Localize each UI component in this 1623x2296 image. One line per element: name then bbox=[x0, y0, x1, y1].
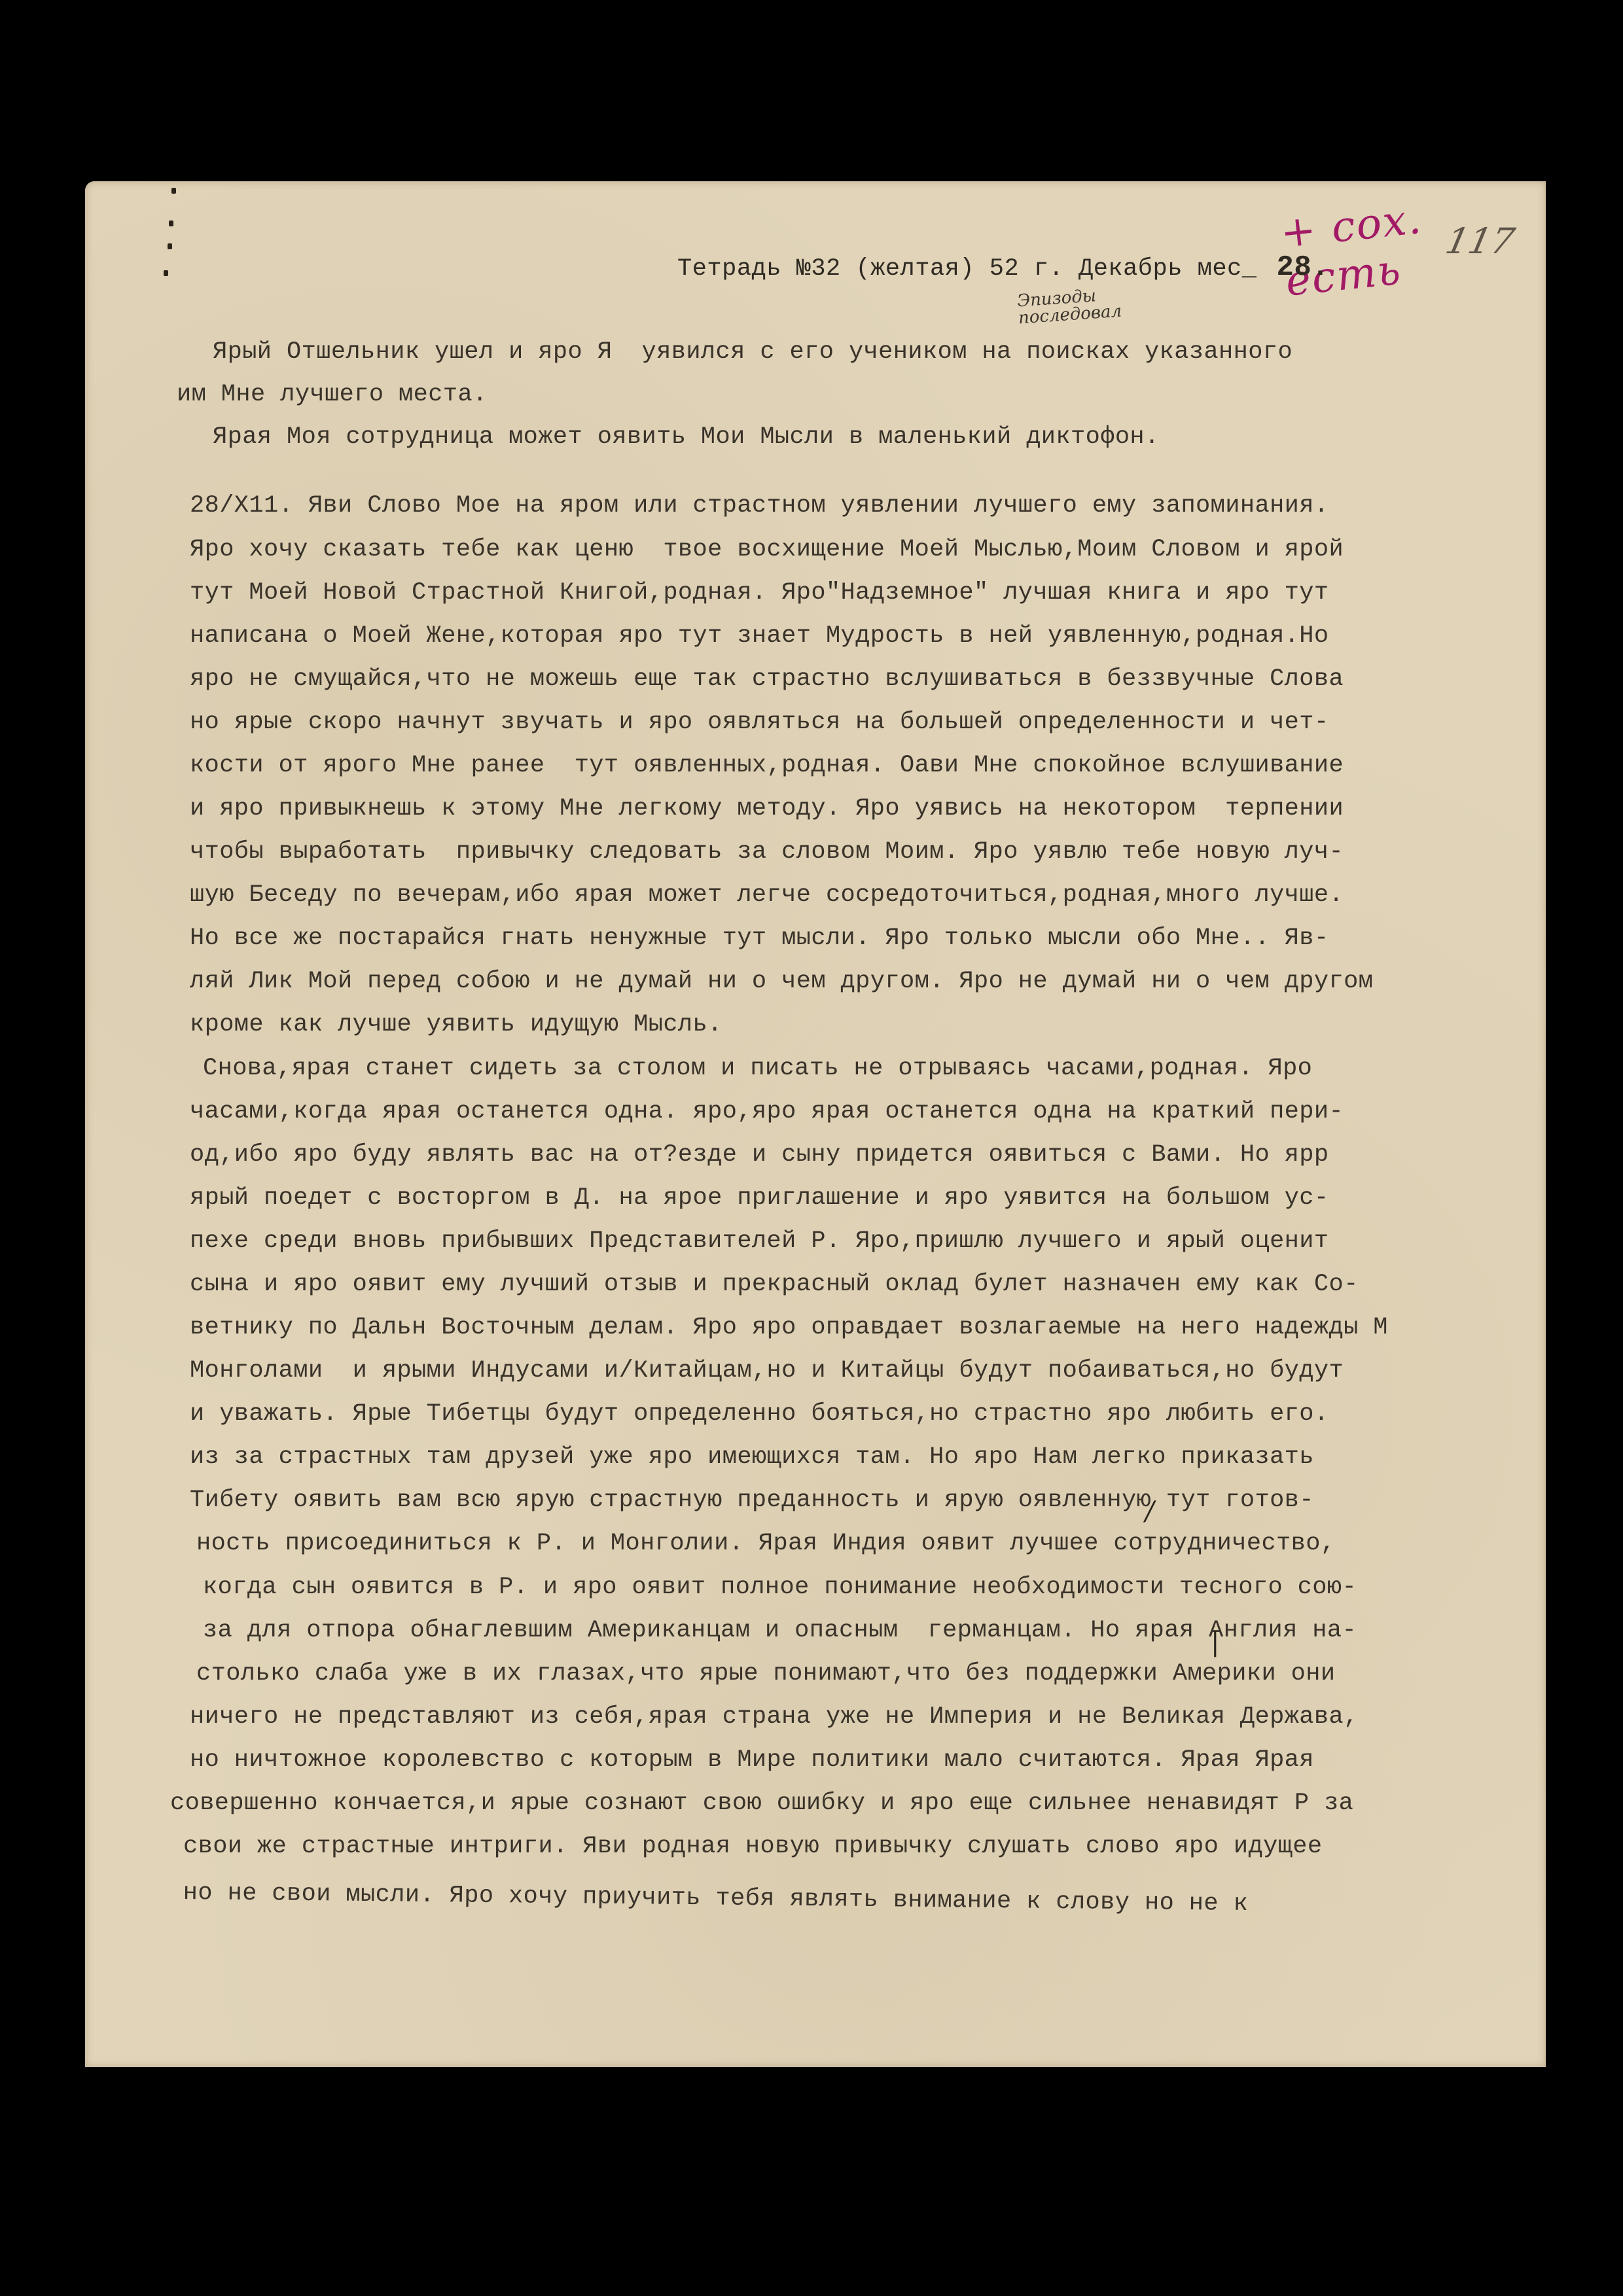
text-line: кроме как лучше уявить идущую Мысль. bbox=[190, 1011, 722, 1038]
text-line: кости от ярого Мне ранее тут оявленных,р… bbox=[190, 752, 1344, 779]
text-line: шую Беседу по вечерам,ибо ярая может лег… bbox=[190, 881, 1344, 909]
document-page: + сох. есть 117 Тетрадь №32 (желтая) 52 … bbox=[85, 181, 1546, 2067]
text-line: Яро хочу сказать тебе как ценю твое восх… bbox=[190, 536, 1344, 563]
text-line: написана о Моей Жене,которая яро тут зна… bbox=[190, 622, 1329, 650]
handwritten-correction-mark: / bbox=[1145, 1496, 1154, 1527]
page-marker: 28. bbox=[1276, 251, 1329, 284]
text-line: Снова,ярая станет сидеть за столом и пис… bbox=[203, 1055, 1312, 1082]
text-line: яро не смущайся,что не можешь еще так ст… bbox=[190, 665, 1344, 693]
text-line: сына и яро оявит ему лучший отзыв и прек… bbox=[190, 1271, 1359, 1298]
header-title: Тетрадь №32 (желтая) 52 г. Декабрь мес_ bbox=[677, 255, 1257, 283]
text-line: столько слаба уже в их глазах,что ярые п… bbox=[196, 1660, 1335, 1687]
text-line: им Мне лучшего места. bbox=[177, 381, 488, 408]
text-line: ветнику по Дальн Восточным делам. Яро яр… bbox=[190, 1314, 1388, 1341]
interlinear-handwritten-note: Эпизоды последовал bbox=[1016, 286, 1122, 327]
text-line: 28/Х11. Яви Слово Мое на яром или страст… bbox=[190, 492, 1329, 520]
text-line: свои же страстные интриги. Яви родная но… bbox=[183, 1833, 1322, 1860]
text-line: совершенно кончается,и ярые сознают свою… bbox=[170, 1790, 1353, 1817]
text-line: и яро привыкнешь к этому Мне легкому мет… bbox=[190, 795, 1344, 822]
text-line: ничего не представляют из себя,ярая стра… bbox=[190, 1703, 1359, 1731]
text-line: Ярая Моя сотрудница может оявить Мои Мыс… bbox=[213, 423, 1160, 451]
text-line: за для отпора обнаглевшим Американцам и … bbox=[203, 1617, 1357, 1644]
text-line: когда сын оявится в Р. и яро оявит полно… bbox=[203, 1574, 1357, 1601]
text-line: пехе среди вновь прибывших Представителе… bbox=[190, 1227, 1329, 1255]
punch-holes bbox=[164, 188, 190, 279]
text-line: Ярый Отшельник ушел и яро Я уявился с ег… bbox=[213, 338, 1293, 366]
text-line: из за страстных там друзей уже яро имеющ… bbox=[190, 1443, 1314, 1471]
folio-number: 117 bbox=[1442, 221, 1518, 262]
document-header: Тетрадь №32 (желтая) 52 г. Декабрь мес_2… bbox=[677, 251, 1329, 284]
text-line: ляй Лик Мой перед собою и не думай ни о … bbox=[190, 968, 1373, 995]
text-line: но ничтожное королевство с которым в Мир… bbox=[190, 1746, 1314, 1774]
handwritten-correction-mark: | bbox=[1211, 1627, 1219, 1657]
text-line: ярый поедет с восторгом в Д. на ярое при… bbox=[190, 1184, 1329, 1212]
text-line: тут Моей Новой Страстной Книгой,родная. … bbox=[190, 579, 1329, 607]
text-line: Но все же постарайся гнать ненужные тут … bbox=[190, 925, 1329, 952]
text-line: Монголами и ярыми Индусами и/Китайцам,но… bbox=[190, 1357, 1344, 1385]
text-line: чтобы выработать привычку следовать за с… bbox=[190, 838, 1344, 866]
text-line: но ярые скоро начнут звучать и яро оявля… bbox=[190, 709, 1329, 736]
text-line: часами,когда ярая останется одна. яро,яр… bbox=[190, 1098, 1344, 1125]
text-line: и уважать. Ярые Тибетцы будут определенн… bbox=[190, 1400, 1329, 1428]
text-line: ность присоединиться к Р. и Монголии. Яр… bbox=[196, 1530, 1335, 1557]
text-line: но не свои мысли. Яро хочу приучить тебя… bbox=[183, 1879, 1249, 1918]
text-line: од,ибо яро буду являть вас на от?езде и … bbox=[190, 1141, 1329, 1169]
